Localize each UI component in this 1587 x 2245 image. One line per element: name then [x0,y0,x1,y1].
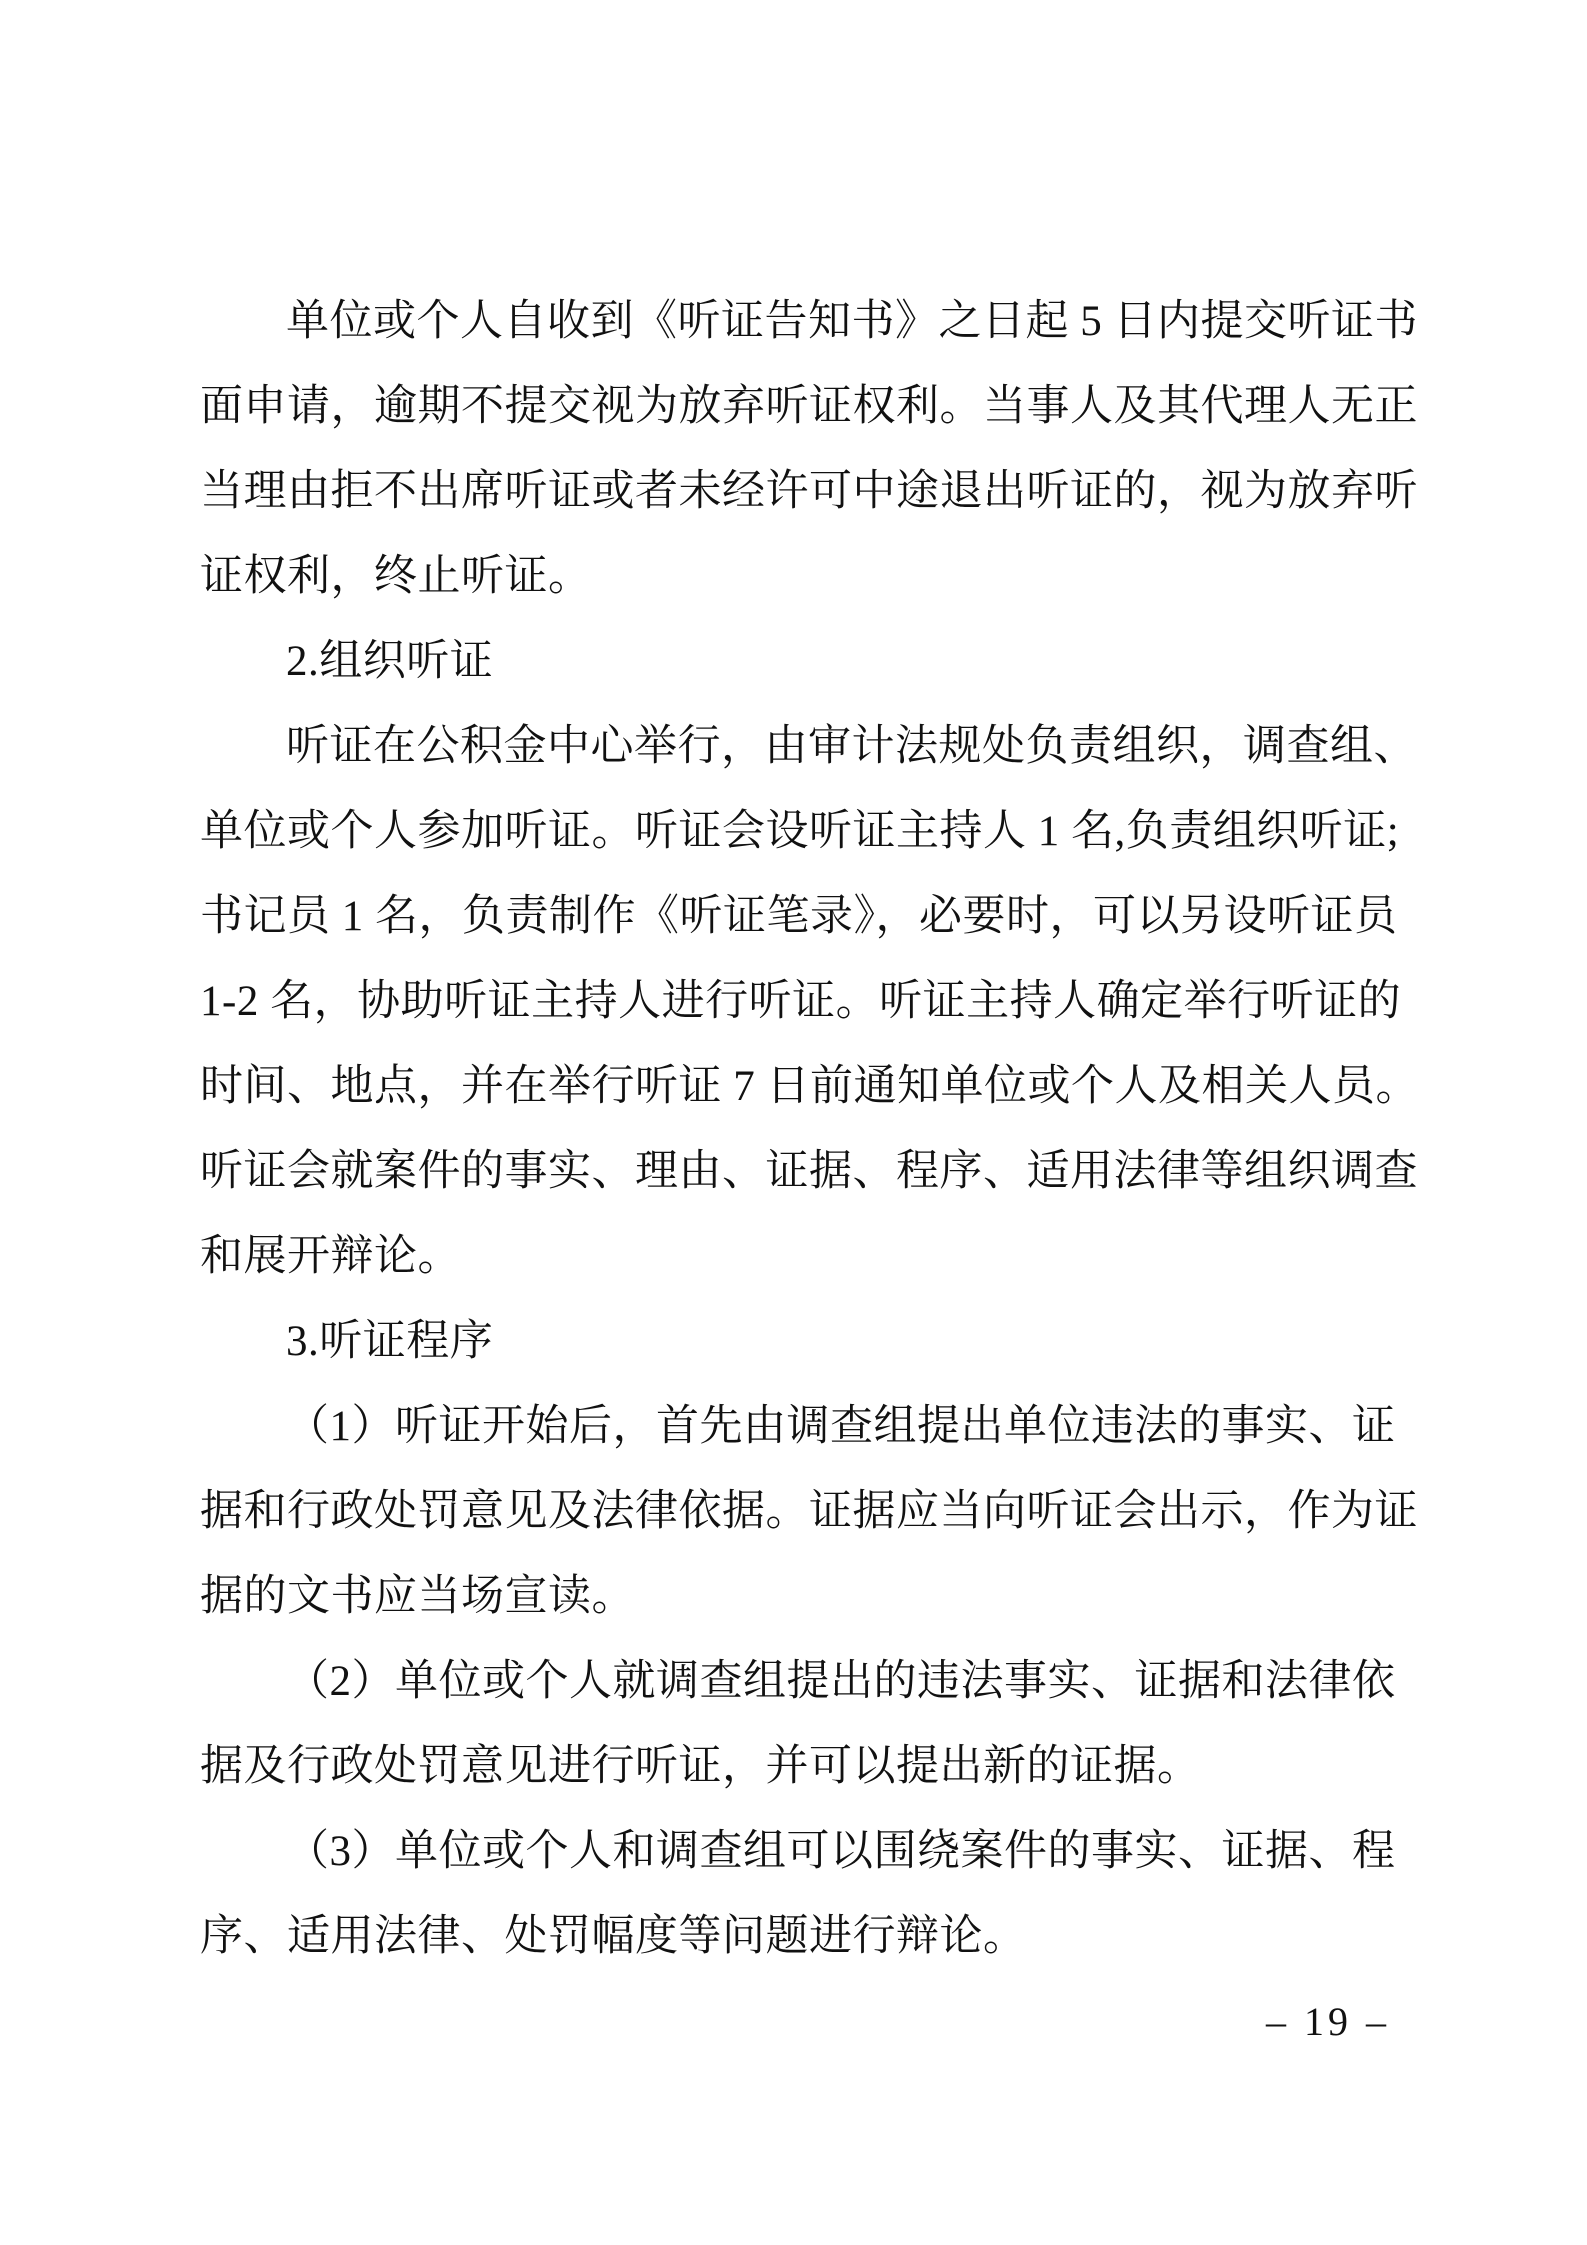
section-heading: 3.听证程序 [200,1299,1390,1384]
text-line: 据及行政处罚意见进行听证，并可以提出新的证据。 [200,1724,1390,1809]
text-line: 序、适用法律、处罚幅度等问题进行辩论。 [200,1894,1390,1979]
page-number: – 19 – [1266,1998,1390,2046]
document-page: 单位或个人自收到《听证告知书》之日起 5 日内提交听证书面申请，逾期不提交视为放… [0,0,1587,2245]
text-line: 面申请，逾期不提交视为放弃听证权利。当事人及其代理人无正 [200,364,1390,449]
text-line: 和展开辩论。 [200,1214,1390,1299]
text-line: 据的文书应当场宣读。 [200,1554,1390,1639]
text-line: 书记员 1 名，负责制作《听证笔录》，必要时，可以另设听证员 [200,874,1390,959]
document-content: 单位或个人自收到《听证告知书》之日起 5 日内提交听证书面申请，逾期不提交视为放… [200,279,1390,1979]
text-line: 单位或个人参加听证。听证会设听证主持人 1 名,负责组织听证; [200,789,1390,874]
text-line: （1）听证开始后，首先由调查组提出单位违法的事实、证 [200,1384,1390,1469]
text-line: （2）单位或个人就调查组提出的违法事实、证据和法律依 [200,1639,1390,1724]
text-line: 时间、地点，并在举行听证 7 日前通知单位或个人及相关人员。 [200,1044,1390,1129]
text-line: 单位或个人自收到《听证告知书》之日起 5 日内提交听证书 [200,279,1390,364]
text-line: 听证在公积金中心举行，由审计法规处负责组织，调查组、 [200,704,1390,789]
text-line: 据和行政处罚意见及法律依据。证据应当向听证会出示，作为证 [200,1469,1390,1554]
section-heading: 2.组织听证 [200,619,1390,704]
text-line: 1-2 名，协助听证主持人进行听证。听证主持人确定举行听证的 [200,959,1390,1044]
text-line: 听证会就案件的事实、理由、证据、程序、适用法律等组织调查 [200,1129,1390,1214]
text-line: 当理由拒不出席听证或者未经许可中途退出听证的，视为放弃听 [200,449,1390,534]
text-line: 证权利，终止听证。 [200,534,1390,619]
text-line: （3）单位或个人和调查组可以围绕案件的事实、证据、程 [200,1809,1390,1894]
